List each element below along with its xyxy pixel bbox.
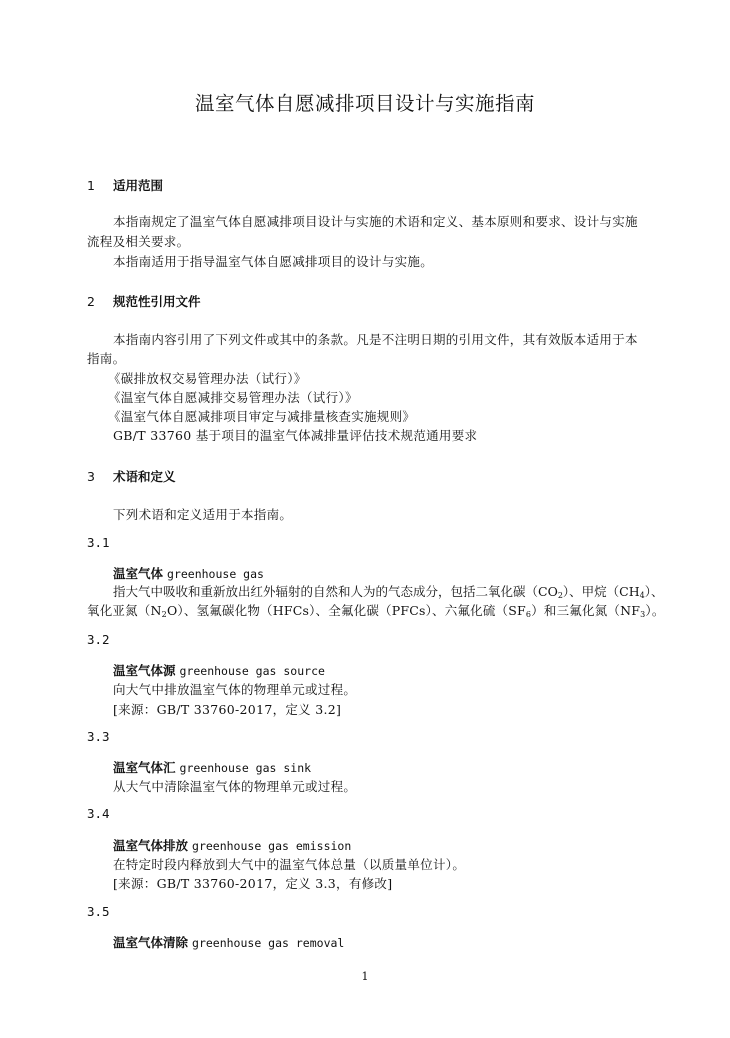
term-number: 3.3 <box>87 729 110 744</box>
term-zh: 温室气体清除 <box>113 935 188 950</box>
term-zh: 温室气体源 <box>113 663 176 678</box>
section-title: 规范性引用文件 <box>113 294 201 309</box>
paragraph-continued: 指南。 <box>87 349 125 367</box>
term-definition: 从大气中清除温室气体的物理单元或过程。 <box>113 777 356 795</box>
paragraph: 本指南适用于指导温室气体自愿减排项目的设计与实施。 <box>113 252 433 270</box>
term-heading: 温室气体greenhouse gas <box>113 564 264 582</box>
term-en: greenhouse gas sink <box>180 761 312 775</box>
term-heading: 温室气体清除greenhouse gas removal <box>113 933 344 951</box>
term-en: greenhouse gas removal <box>192 936 344 950</box>
term-number: 3.2 <box>87 632 110 647</box>
term-heading: 温室气体汇greenhouse gas sink <box>113 758 311 776</box>
term-definition: 向大气中排放温室气体的物理单元或过程。 <box>113 680 356 698</box>
term-definition-continued: 氧化亚氮（N2O）、氢氟碳化物（HFCs）、全氟化碳（PFCs）、六氟化硫（SF… <box>87 601 665 619</box>
term-zh: 温室气体排放 <box>113 838 188 853</box>
text: ）。 <box>645 603 664 618</box>
text: ）、甲烷（CH <box>563 584 640 599</box>
section-heading-3: 3术语和定义 <box>87 467 176 485</box>
text: ）和三氟化氮（NF <box>531 603 640 618</box>
section-heading-2: 2规范性引用文件 <box>87 292 201 310</box>
page-number: 1 <box>0 970 730 983</box>
section-title: 适用范围 <box>113 178 163 193</box>
reference-item: 《温室气体自愿减排项目审定与减排量核查实施规则》 <box>108 407 415 425</box>
term-definition: 指大气中吸收和重新放出红外辐射的自然和人为的气态成分，包括二氧化碳（CO2）、甲… <box>113 582 664 600</box>
term-source: [来源：GB/T 33760-2017，定义 3.2] <box>113 700 341 718</box>
term-number: 3.5 <box>87 904 110 919</box>
term-zh: 温室气体汇 <box>113 760 176 775</box>
paragraph: 下列术语和定义适用于本指南。 <box>113 505 292 523</box>
section-number: 1 <box>87 178 113 193</box>
section-heading-1: 1适用范围 <box>87 176 163 194</box>
term-en: greenhouse gas source <box>180 664 325 678</box>
document-page: 温室气体自愿减排项目设计与实施指南 1适用范围 本指南规定了温室气体自愿减排项目… <box>0 0 730 1038</box>
paragraph: 本指南内容引用了下列文件或其中的条款。凡是不注明日期的引用文件，其有效版本适用于… <box>113 330 638 348</box>
term-definition: 在特定时段内释放到大气中的温室气体总量（以质量单位计）。 <box>113 855 465 873</box>
section-number: 3 <box>87 469 113 484</box>
text: 氧化亚氮（N <box>87 603 162 618</box>
term-heading: 温室气体源greenhouse gas source <box>113 661 325 679</box>
reference-item: GB/T 33760 基于项目的温室气体减排量评估技术规范通用要求 <box>113 426 477 444</box>
term-number: 3.1 <box>87 535 110 550</box>
paragraph: 本指南规定了温室气体自愿减排项目设计与实施的术语和定义、基本原则和要求、设计与实… <box>113 212 638 230</box>
term-en: greenhouse gas <box>167 567 264 581</box>
section-number: 2 <box>87 294 113 309</box>
text: O）、氢氟碳化物（HFCs）、全氟化碳（PFCs）、六氟化硫（SF <box>167 603 526 618</box>
paragraph-continued: 流程及相关要求。 <box>87 232 189 250</box>
text: ）、 <box>645 584 664 599</box>
term-zh: 温室气体 <box>113 566 163 581</box>
section-title: 术语和定义 <box>113 469 176 484</box>
term-heading: 温室气体排放greenhouse gas emission <box>113 836 351 854</box>
term-number: 3.4 <box>87 806 110 821</box>
reference-item: 《温室气体自愿减排交易管理办法（试行）》 <box>108 388 358 406</box>
term-source: [来源：GB/T 33760-2017，定义 3.3，有修改] <box>113 874 392 892</box>
term-en: greenhouse gas emission <box>192 839 351 853</box>
reference-item: 《碳排放权交易管理办法（试行）》 <box>108 369 307 387</box>
document-title: 温室气体自愿减排项目设计与实施指南 <box>0 88 730 116</box>
text: 指大气中吸收和重新放出红外辐射的自然和人为的气态成分，包括二氧化碳（CO <box>113 584 558 599</box>
